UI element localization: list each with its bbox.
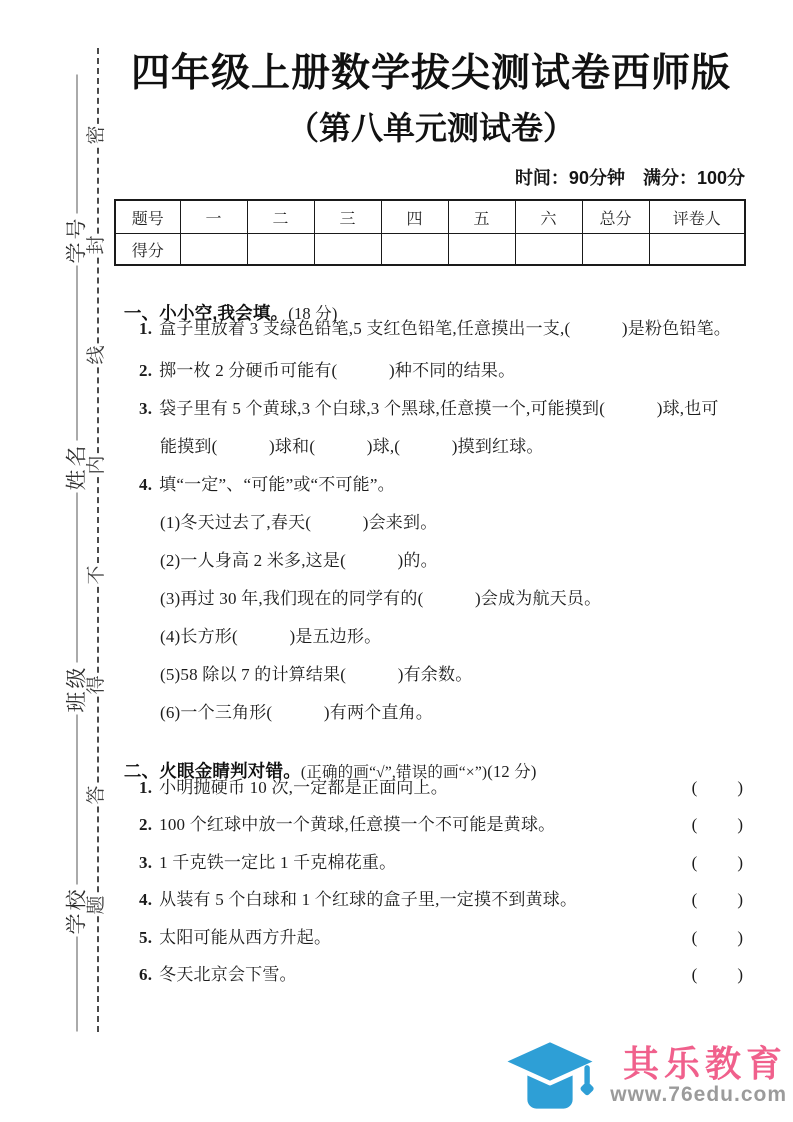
question-line: 4.填“一定”、“可能”或“不可能”。 xyxy=(139,473,395,496)
fill-blank-line xyxy=(76,715,78,885)
footer-brand-block: 其乐教育 www.76edu.com xyxy=(494,1038,787,1114)
field-label-name: 姓名 xyxy=(64,441,90,493)
score-empty-cell xyxy=(649,234,745,266)
field-label-class: 班级 xyxy=(64,663,90,715)
sub-question-line: (6)一个三角形( )有两个直角。 xyxy=(160,701,433,724)
score-table-header-cell: 题号 xyxy=(115,200,180,234)
answer-parens: ( ) xyxy=(692,776,745,799)
score-table-header-cell: 六 xyxy=(515,200,582,234)
score-table-header-cell: 四 xyxy=(381,200,448,234)
sub-question-line: (2)一人身高 2 米多,这是( )的。 xyxy=(160,549,438,572)
sub-question-line: (3)再过 30 年,我们现在的同学有的( )会成为航天员。 xyxy=(160,587,601,610)
answer-parens: ( ) xyxy=(692,851,745,874)
fill-blank-line xyxy=(76,75,78,214)
score-empty-cell xyxy=(247,234,314,266)
fill-blank-line xyxy=(76,937,78,1032)
field-label-school: 学校 xyxy=(64,885,90,937)
question-line: 3.袋子里有 5 个黄球,3 个白球,3 个黑球,任意摸一个,可能摸到( )球,… xyxy=(139,397,719,420)
question-line-continuation: 能摸到( )球和( )球,( )摸到红球。 xyxy=(160,435,544,458)
judge-question-line: 5.太阳可能从西方升起。( ) xyxy=(139,926,745,949)
answer-parens: ( ) xyxy=(692,963,745,986)
judge-question-line: 2.100 个红球中放一个黄球,任意摸一个不可能是黄球。( ) xyxy=(139,813,745,836)
judge-question-line: 1.小明抛硬币 10 次,一定都是正面向上。( ) xyxy=(139,776,745,799)
exam-time-score-meta: 时间：90分钟 满分：100分 xyxy=(115,164,745,190)
sub-question-line: (5)58 除以 7 的计算结果( )有余数。 xyxy=(160,663,472,686)
judge-question-line: 6.冬天北京会下雪。( ) xyxy=(139,963,745,986)
brand-name: 其乐教育 xyxy=(623,1045,787,1083)
score-empty-cell xyxy=(314,234,381,266)
student-info-rail: 学校 班级 姓名 学号 xyxy=(64,115,90,1032)
fill-blank-line xyxy=(76,493,78,663)
exam-title: 四年级上册数学拔尖测试卷西师版 xyxy=(115,42,747,98)
field-label-student-id: 学号 xyxy=(64,214,90,266)
sub-question-line: (1)冬天过去了,春天( )会来到。 xyxy=(160,511,437,534)
score-table-header-cell: 三 xyxy=(314,200,381,234)
score-table-header-cell: 总分 xyxy=(582,200,649,234)
sub-question-line: (4)长方形( )是五边形。 xyxy=(160,625,381,648)
answer-parens: ( ) xyxy=(692,813,745,836)
exam-subtitle: （第八单元测试卷） xyxy=(115,103,747,149)
answer-parens: ( ) xyxy=(692,926,745,949)
graduation-cap-icon xyxy=(494,1038,606,1114)
judge-question-line: 3.1 千克铁一定比 1 千克棉花重。( ) xyxy=(139,851,745,874)
score-empty-cell xyxy=(381,234,448,266)
answer-parens: ( ) xyxy=(692,888,745,911)
question-line: 1.盒子里放着 3 支绿色铅笔,5 支红色铅笔,任意摸出一支,( )是粉色铅笔。 xyxy=(139,317,731,340)
score-empty-cell xyxy=(180,234,247,266)
judge-question-line: 4.从装有 5 个白球和 1 个红球的盒子里,一定摸不到黄球。( ) xyxy=(139,888,745,911)
score-table: 题号 一 二 三 四 五 六 总分 评卷人 得分 xyxy=(114,199,746,266)
score-row-label: 得分 xyxy=(115,234,180,266)
score-table-header-cell: 一 xyxy=(180,200,247,234)
score-table-header-cell: 五 xyxy=(448,200,515,234)
fill-blank-line xyxy=(76,266,78,441)
score-empty-cell xyxy=(582,234,649,266)
score-table-header-cell: 评卷人 xyxy=(649,200,745,234)
question-line: 2.掷一枚 2 分硬币可能有( )种不同的结果。 xyxy=(139,359,515,382)
brand-url: www.76edu.com xyxy=(610,1083,787,1107)
score-empty-cell xyxy=(515,234,582,266)
score-empty-cell xyxy=(448,234,515,266)
score-table-header-cell: 二 xyxy=(247,200,314,234)
